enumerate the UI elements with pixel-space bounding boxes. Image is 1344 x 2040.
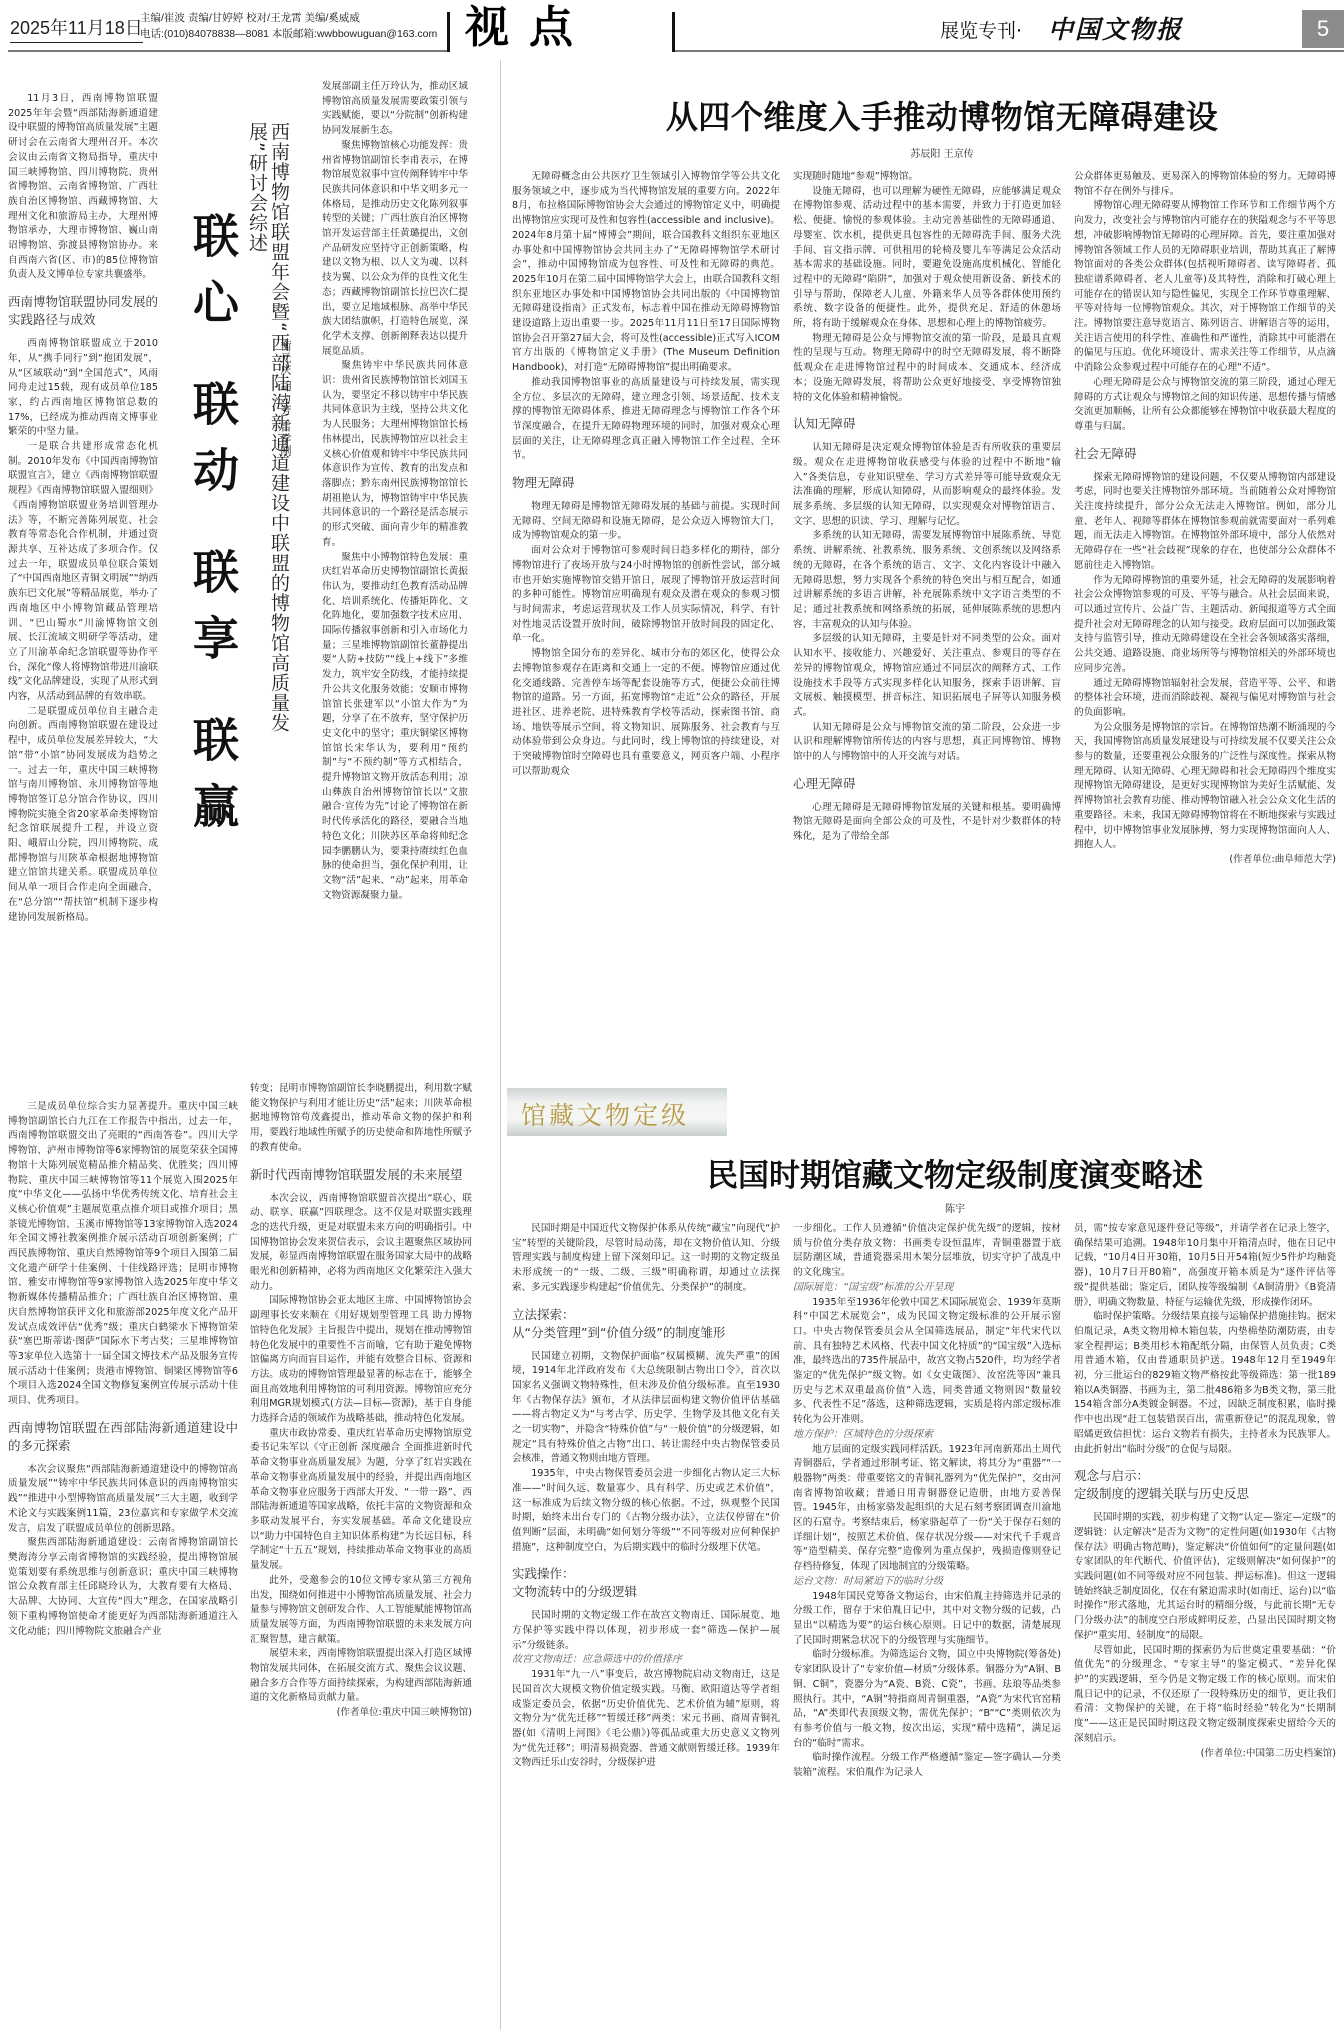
paragraph: 临时保护策略。分级结果直接与运输保护措施挂钩。据宋伯胤记录，A类文物用樟木箱包装… <box>1074 1310 1336 1457</box>
author-affiliation: (作者单位:重庆中国三峡博物馆) <box>250 1706 472 1721</box>
minor-heading: 国际展览：“国宝级”标准的公开呈现 <box>793 1281 1061 1296</box>
paragraph: 1935年，中央古物保管委员会进一步细化古物认定三大标准——“时间久远、数量寡少… <box>512 1467 780 1555</box>
grading-column-1: 民国时期是中国近代文物保护体系从传统“藏宝”向现代“护宝”转型的关键阶段，尽管时… <box>512 1222 780 2022</box>
paragraph: 心理无障碍是公众与博物馆交流的第三阶段，通过心理无障碍的方式让观众与博物馆之间的… <box>1074 376 1336 435</box>
paragraph: 为公众服务是博物馆的宗旨。在博物馆热潮不断涌现的今天，我国博物馆高质量发展建设与… <box>1074 721 1336 853</box>
column-tag-label: 馆藏文物定级 <box>521 1096 689 1132</box>
paragraph: 1931年“九一八”事变后，故宫博物院启动文物南迁，这是民国首次大规模文物价值定… <box>512 1668 780 1771</box>
left-article-headline: 联心 联动 联享 联赢 <box>183 212 243 848</box>
section-heading: 认知无障碍 <box>793 415 1061 433</box>
paragraph: 展望未来，西南博物馆联盟提出深入打造区域博物馆发展共同体，在拓展交流方式、聚焦会… <box>250 1647 472 1706</box>
paragraph: 物理无障碍是公众与博物馆交流的第一阶段，是最具直观性的呈现与互动。物理无障碍中的… <box>793 332 1061 406</box>
paragraph: 探索无障碍博物馆的建设问题，不仅要从博物馆内部建设考虑，同时也要关注博物馆外部环… <box>1074 471 1336 574</box>
paragraph: 设施无障碍，也可以理解为硬性无障碍，应能够满足观众在博物馆参观、活动过程中的基本… <box>793 185 1061 332</box>
paragraph: 无障碍概念由公共医疗卫生领域引入博物馆学等公共文化服务领域之中，逐步成为当代博物… <box>512 170 780 376</box>
paragraph: 民国时期的实践，初步构建了文物“认定—鉴定—定级”的逻辑链：认定解决“是否为文物… <box>1074 1511 1336 1643</box>
masthead: 2025年11月18日 主编/崔波 责编/甘婷婷 校对/王龙霄 美编/奚威威 电… <box>0 0 1344 52</box>
paragraph: 尽管如此，民国时期的探索仍为后世奠定重要基础：“价值优先”的分级理念、“专家主导… <box>1074 1644 1336 1747</box>
paragraph: 公众群体更易触及、更易深入的博物馆体验的努力。无障碍博物馆不存在例外与排斥。 <box>1074 170 1336 199</box>
section-heading: 新时代西南博物馆联盟发展的未来展望 <box>250 1166 472 1184</box>
accessibility-article-title: 从四个维度入手推动博物馆无障碍建设 <box>540 92 1344 138</box>
paragraph: 聚焦铸牢中华民族共同体意识：贵州省民族博物馆馆长刘国玉认为，要坚定不移以铸牢中华… <box>322 359 468 550</box>
paragraph: 民国建立初期，文物保护面临“权属模糊、流失严重”的困境，1914年北洋政府发布《… <box>512 1350 780 1468</box>
paragraph: 一是联合共建形成常态化机制。2010年发布《中国西南博物馆联盟宣言》，建立《西南… <box>8 440 158 705</box>
staff-contact: 电话:(010)84078838—8081 本版邮箱:wwbbowuguan@1… <box>140 26 437 42</box>
paragraph: 员，需“按专家意见逐件登记等级”，并请学者在记录上签字，确保结果可追溯。1948… <box>1074 1222 1336 1310</box>
paragraph: 认知无障碍是公众与博物馆交流的第二阶段，公众进一步认识和理解博物馆所传达的内容与… <box>793 721 1061 765</box>
left-article-authors: 衡元庆 胡力芳 雷学刚 <box>278 340 292 457</box>
grading-article-title: 民国时期馆藏文物定级制度演变略述 <box>580 1150 1330 1195</box>
column-tag-banner: 馆藏文物定级 <box>507 1088 727 1136</box>
accessibility-article-authors: 苏辰阳 王京传 <box>540 145 1344 160</box>
section-heading: 物理无障碍 <box>512 474 780 492</box>
paragraph: 博物馆心理无障碍要从博物馆工作环节和工作细节两个方向发力，改变社会与博物馆内可能… <box>1074 199 1336 375</box>
paragraph: 转变；昆明市博物馆副馆长李晓鹏提出，利用数字赋能文物保护与利用才能让历史“活”起… <box>250 1082 472 1156</box>
section-subheading: 定级制度的逻辑关联与历史反思 <box>1074 1485 1336 1503</box>
section-subheading: 文物流转中的分级逻辑 <box>512 1583 780 1601</box>
paragraph: 认知无障碍是决定观众博物馆体验是否有所收获的重要层级。观众在走进博物馆收获感受与… <box>793 441 1061 529</box>
section-heading: 观念与启示： <box>1074 1467 1336 1485</box>
minor-heading: 故宫文物南迁：应急筛选中的价值排序 <box>512 1653 780 1668</box>
paragraph: 实现随时随地“参观”博物馆。 <box>793 170 1061 185</box>
issue-date: 2025年11月18日 <box>10 14 143 43</box>
section-subheading: 从“分类管理”到“价值分级”的制度雏形 <box>512 1324 780 1342</box>
section-bar-right <box>672 12 675 52</box>
masthead-rule-left <box>8 50 448 52</box>
paragraph: 作为无障碍博物馆的重要外延，社会无障碍的发展影响着社会公众博物馆参观的可及、平等… <box>1074 574 1336 677</box>
newspaper-logo: 中国文物报 <box>1048 10 1183 46</box>
paragraph: 民国时期是中国近代文物保护体系从传统“藏宝”向现代“护宝”转型的关键阶段，尽管时… <box>512 1222 780 1296</box>
column-divider <box>500 60 501 2030</box>
left-article-column-2: 发展部副主任万玲认为，推动区域博物馆高质量发展需要政策引领与实践赋能，要以“分院… <box>322 80 468 1080</box>
paragraph: 通过无障碍博物馆辐射社会发展，营造平等、公平、和谐的整体社会环境，进而消除歧视、… <box>1074 677 1336 721</box>
masthead-rule-right <box>675 50 1344 52</box>
paragraph: 二是联盟成员单位自主融合走向创新。西南博物馆联盟在建设过程中，成员单位发展差异较… <box>8 705 158 926</box>
paragraph: 1948年国民党筹备文物运台，由宋伯胤主持筛选并记录的分级工作，留存于宋伯胤日记… <box>793 1590 1061 1649</box>
author-affiliation: (作者单位:曲阜师范大学) <box>1074 853 1336 868</box>
section-heading: 西南博物馆联盟在西部陆海新通道建设中的多元探索 <box>8 1419 238 1455</box>
staff-editors: 主编/崔波 责编/甘婷婷 校对/王龙霄 美编/奚威威 <box>140 10 437 26</box>
paragraph: 11月3日，西南博物馆联盟2025年年会暨“西部陆海新通道建设中联盟的博物馆高质… <box>8 92 158 283</box>
left-article-column-1-lower: 三是成员单位综合实力显著提升。重庆中国三峡博物馆副馆长白九江在工作报告中指出，过… <box>8 1100 238 1980</box>
minor-heading: 地方保护：区域特色的分级探索 <box>793 1428 1061 1443</box>
grading-column-2: 一步细化。工作人员遵循“价值决定保护优先级”的逻辑，按材质与价值分类存放文物：书… <box>793 1222 1061 2022</box>
paragraph: 临时分级标准。为筛选运台文物，国立中央博物院(筹备处)专家团队设计了“专家价值—… <box>793 1648 1061 1751</box>
page-number: 5 <box>1302 10 1344 48</box>
paragraph: 心理无障碍是无障碍博物馆发展的关键和根基。要明确博物馆无障碍是面向全部公众的可及… <box>793 801 1061 845</box>
paragraph: 一步细化。工作人员遵循“价值决定保护优先级”的逻辑，按材质与价值分类存放文物：书… <box>793 1222 1061 1281</box>
grading-article-author: 陈宇 <box>580 1200 1330 1215</box>
paragraph: 聚焦博物馆核心功能发挥：贵州省博物馆副馆长李甫表示，在博物馆展览叙事中宣传阐释铸… <box>322 139 468 360</box>
section-heading: 实践操作： <box>512 1565 780 1583</box>
paragraph: 推动我国博物馆事业的高质量建设与可持续发展，需实现全方位、多层次的无障碍，建立理… <box>512 376 780 464</box>
section-heading: 西南博物馆联盟协同发展的实践路径与成效 <box>8 293 158 329</box>
paragraph: 地方层面的定级实践同样活跃。1923年河南新郑出土周代青铜器后，学者通过形制考证… <box>793 1443 1061 1575</box>
paragraph: 临时操作流程。分级工作严格遵循“鉴定—签字确认—分类装箱”流程。宋伯胤作为记录人 <box>793 1751 1061 1780</box>
paragraph: 国际博物馆协会亚太地区主席、中国博物馆协会副理事长安来顺在《用好规划型管理工具 … <box>250 1294 472 1426</box>
paragraph: 聚焦西部陆海新通道建设：云南省博物馆副馆长樊海涛分享云南省博物馆的实践经验，提出… <box>8 1536 238 1639</box>
paragraph: 物理无障碍是博物馆无障碍发展的基础与前提。实现时间无障碍、空间无障碍和设施无障碍… <box>512 500 780 544</box>
accessibility-column-3: 公众群体更易触及、更易深入的博物馆体验的努力。无障碍博物馆不存在例外与排斥。 博… <box>1074 170 1336 1075</box>
paragraph: 面对公众对于博物馆可参观时间日趋多样化的期待，部分博物馆进行了夜场开放与24小时… <box>512 544 780 647</box>
accessibility-column-1: 无障碍概念由公共医疗卫生领域引入博物馆学等公共文化服务领域之中，逐步成为当代博物… <box>512 170 780 1075</box>
paragraph: 民国时期的文物定级工作在故宫文物南迁、国际展览、地方保护等实践中得以体现，初步形… <box>512 1609 780 1653</box>
paragraph: 聚焦中小博物馆特色发展：重庆红岩革命历史博物馆副馆长黄振伟认为，要推动红色教育活… <box>322 551 468 904</box>
paragraph: 多系统的认知无障碍，需要发展博物馆中展陈系统、导览系统、讲解系统、社教系统、服务… <box>793 529 1061 632</box>
paragraph: 1935年至1936年伦敦中国艺术国际展览会、1939年莫斯科“中国艺术展览会”… <box>793 1296 1061 1428</box>
minor-heading: 运台文物：时局紧迫下的临时分级 <box>793 1575 1061 1590</box>
paragraph: 三是成员单位综合实力显著提升。重庆中国三峡博物馆副馆长白九江在工作报告中指出，过… <box>8 1100 238 1409</box>
paragraph: 本次会议，西南博物馆联盟首次提出“联心、联动、联享、联赢”四联理念。这不仅是对联… <box>250 1192 472 1295</box>
paragraph: 博物馆全国分布的差异化、城市分布的郊区化，使得公众去博物馆参观存在距离和交通上一… <box>512 647 780 779</box>
special-edition-label: 展览专刊· <box>940 16 1022 43</box>
paragraph: 此外，受邀参会的10位文博专家从第三方视角出发，围绕如何推进中小博物馆高质量发展… <box>250 1574 472 1648</box>
left-article-column-3: 转变；昆明市博物馆副馆长李晓鹏提出，利用数字赋能文物保护与利用才能让历史“活”起… <box>250 1082 472 2002</box>
staff-credits: 主编/崔波 责编/甘婷婷 校对/王龙霄 美编/奚威威 电话:(010)84078… <box>140 10 437 42</box>
section-heading: 立法探索： <box>512 1306 780 1324</box>
paragraph: 本次会议聚焦“西部陆海新通道建设中的博物馆高质量发展”“铸牢中华民族共同体意识的… <box>8 1463 238 1537</box>
section-heading: 社会无障碍 <box>1074 445 1336 463</box>
grading-column-3: 员，需“按专家意见逐件登记等级”，并请学者在记录上签字，确保结果可追溯。1948… <box>1074 1222 1336 2022</box>
author-affiliation: (作者单位:中国第二历史档案馆) <box>1074 1747 1336 1762</box>
paragraph: 发展部副主任万玲认为，推动区域博物馆高质量发展需要政策引领与实践赋能，要以“分院… <box>322 80 468 139</box>
paragraph: 重庆市政协常委、重庆红岩革命历史博物馆原党委书记朱军以《守正创新 深度融合 全面… <box>250 1427 472 1574</box>
paragraph: 多层级的认知无障碍，主要是针对不同类型的公众。面对认知水平、接收能力、兴趣爱好、… <box>793 632 1061 720</box>
section-heading: 心理无障碍 <box>793 775 1061 793</box>
section-title: 视点 <box>465 4 593 52</box>
paragraph: 西南博物馆联盟成立于2010年，从“携手同行”到“抱团发展”，从“区域联动”到“… <box>8 337 158 440</box>
accessibility-column-2: 实现随时随地“参观”博物馆。 设施无障碍，也可以理解为硬性无障碍，应能够满足观众… <box>793 170 1061 1075</box>
section-bar-left <box>447 12 450 52</box>
